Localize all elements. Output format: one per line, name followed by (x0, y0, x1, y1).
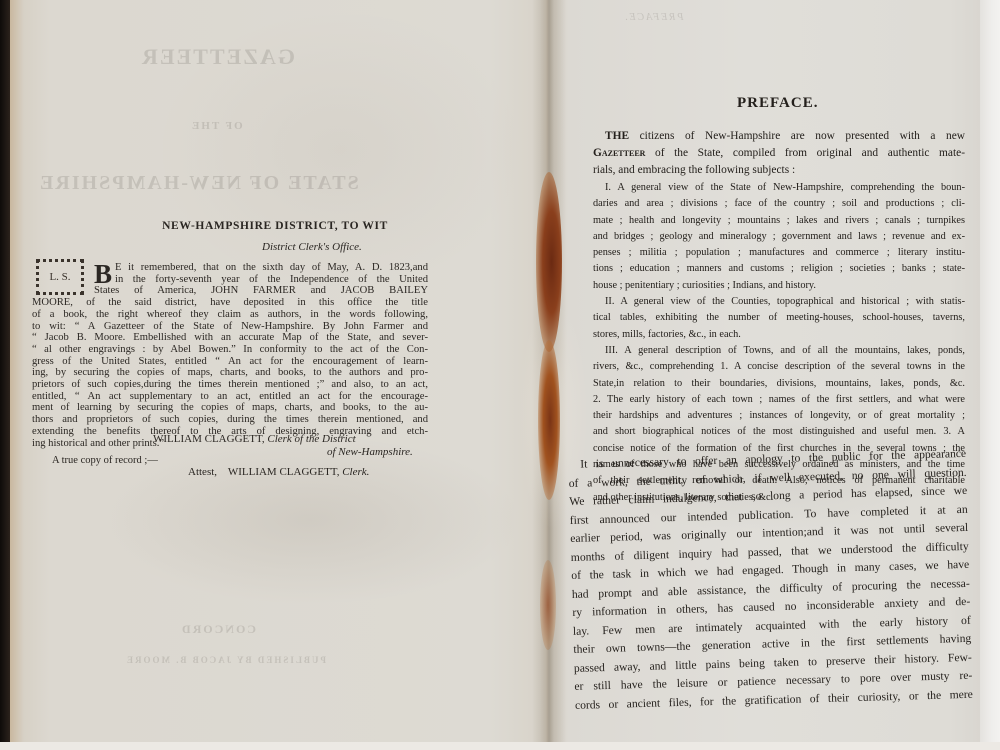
notice-line: entitled, “ An act supplementary to an a… (32, 391, 428, 403)
rust-stain-lower (540, 560, 556, 650)
book-spread: GAZETTEER OF THE STATE OF NEW-HAMPSHIRE … (0, 0, 1000, 750)
subject-line: and bridges ; geology and mineralogy ; g… (593, 229, 965, 245)
notice-line: “ Jacob B. Moore. Embellished with an ac… (32, 332, 428, 344)
drop-cap: B (94, 263, 112, 285)
bleed-through-header: PREFACE. (623, 12, 684, 23)
preface-apology: It is unnecessary to offer an apology to… (568, 445, 973, 715)
notice-line: prietors of such copies,during the times… (32, 379, 428, 391)
preface-intro: THE citizens of New-Hampshire are now pr… (593, 128, 965, 180)
notice-line: to wit: “ A Gazetteer of the State of Ne… (32, 321, 428, 333)
bleed-through-title: GAZETTEER (140, 44, 295, 70)
subject-line: 2. The early history of each town ; name… (593, 392, 965, 408)
copyright-heading: NEW-HAMPSHIRE DISTRICT, TO WIT (95, 220, 455, 232)
attest-name: WILLIAM CLAGGETT, (228, 466, 340, 478)
subject-line: daries and area ; divisions ; face of th… (593, 196, 965, 212)
clerk-title-continued: of New-Hampshire. (327, 446, 413, 458)
seal-spacer (32, 262, 94, 296)
attest-line: Attest, WILLIAM CLAGGETT, Clerk. (188, 466, 369, 478)
rust-stain-upper (536, 172, 562, 352)
notice-line: ing, by securing the copies of maps, cha… (32, 367, 428, 379)
page-bottom-edge (0, 742, 1000, 750)
subject-line: III. A general description of Towns, and… (593, 343, 965, 359)
subject-line: house ; penitentiary ; curiosities ; Ind… (593, 278, 965, 294)
subject-line: penses ; militia ; population ; manufact… (593, 245, 965, 261)
binding-shadow (0, 0, 10, 750)
subject-line: mate ; health and longevity ; mountains … (593, 213, 965, 229)
attest-title: Clerk. (342, 466, 369, 478)
bleed-through-subtitle: OF THE (190, 120, 243, 132)
preface-title: PREFACE. (737, 95, 818, 112)
notice-line: MOORE, of the said district, have deposi… (32, 297, 428, 309)
bleed-through-publisher: PUBLISHED BY JACOB B. MOORE (125, 655, 326, 665)
true-copy-label: A true copy of record ;— (52, 455, 158, 466)
notice-line: thors and proprietors of such copies, du… (32, 414, 428, 426)
subject-line: and short biographical notices of the mo… (593, 424, 965, 440)
intro-line: rials, and embracing the following subje… (593, 162, 965, 179)
clerk-title: Clerk of the District (267, 433, 355, 445)
intro-line: Gazetteer of the State, compiled from or… (593, 145, 965, 162)
notice-line: of a book, the right whereof they claim … (32, 309, 428, 321)
subject-line: rivers, &c., comprehending 1. A concise … (593, 359, 965, 375)
intro-line: THE citizens of New-Hampshire are now pr… (593, 128, 965, 145)
clerk-signature: WILLIAM CLAGGETT, Clerk of the District (153, 433, 356, 445)
bleed-through-city: CONCORD (180, 622, 256, 637)
bleed-through-state: STATE OF NEW-HAMPSHIRE (38, 172, 359, 195)
notice-line: ment of learning by securing the copies … (32, 402, 428, 414)
subject-line: stores, mills, factories, &c., in each. (593, 327, 965, 343)
subject-line: tions ; education ; manners and customs … (593, 261, 965, 277)
subject-line: State,in relation to their boundaries, d… (593, 376, 965, 392)
notice-line: “ al other engravings : by Abel Bowen.” … (32, 344, 428, 356)
clerk-name: WILLIAM CLAGGETT, (153, 433, 265, 445)
subject-line: II. A general view of the Counties, topo… (593, 294, 965, 310)
gazetteer-word: Gazetteer (593, 147, 645, 159)
clerk-office-label: District Clerk's Office. (262, 241, 362, 253)
intro-lead: THE (605, 130, 629, 142)
subject-line: I. A general view of the State of New-Ha… (593, 180, 965, 196)
page-fore-edge (980, 0, 1000, 750)
rust-stain-middle (538, 340, 560, 500)
subject-line: their hardships and adventures ; instanc… (593, 408, 965, 424)
attest-label: Attest, (188, 466, 217, 478)
copyright-notice-body: B E it remembered, that on the sixth day… (32, 262, 428, 449)
subject-line: tical tables, exhibiting the number of m… (593, 310, 965, 326)
notice-line: gress of the United States, entitled “ A… (32, 356, 428, 368)
